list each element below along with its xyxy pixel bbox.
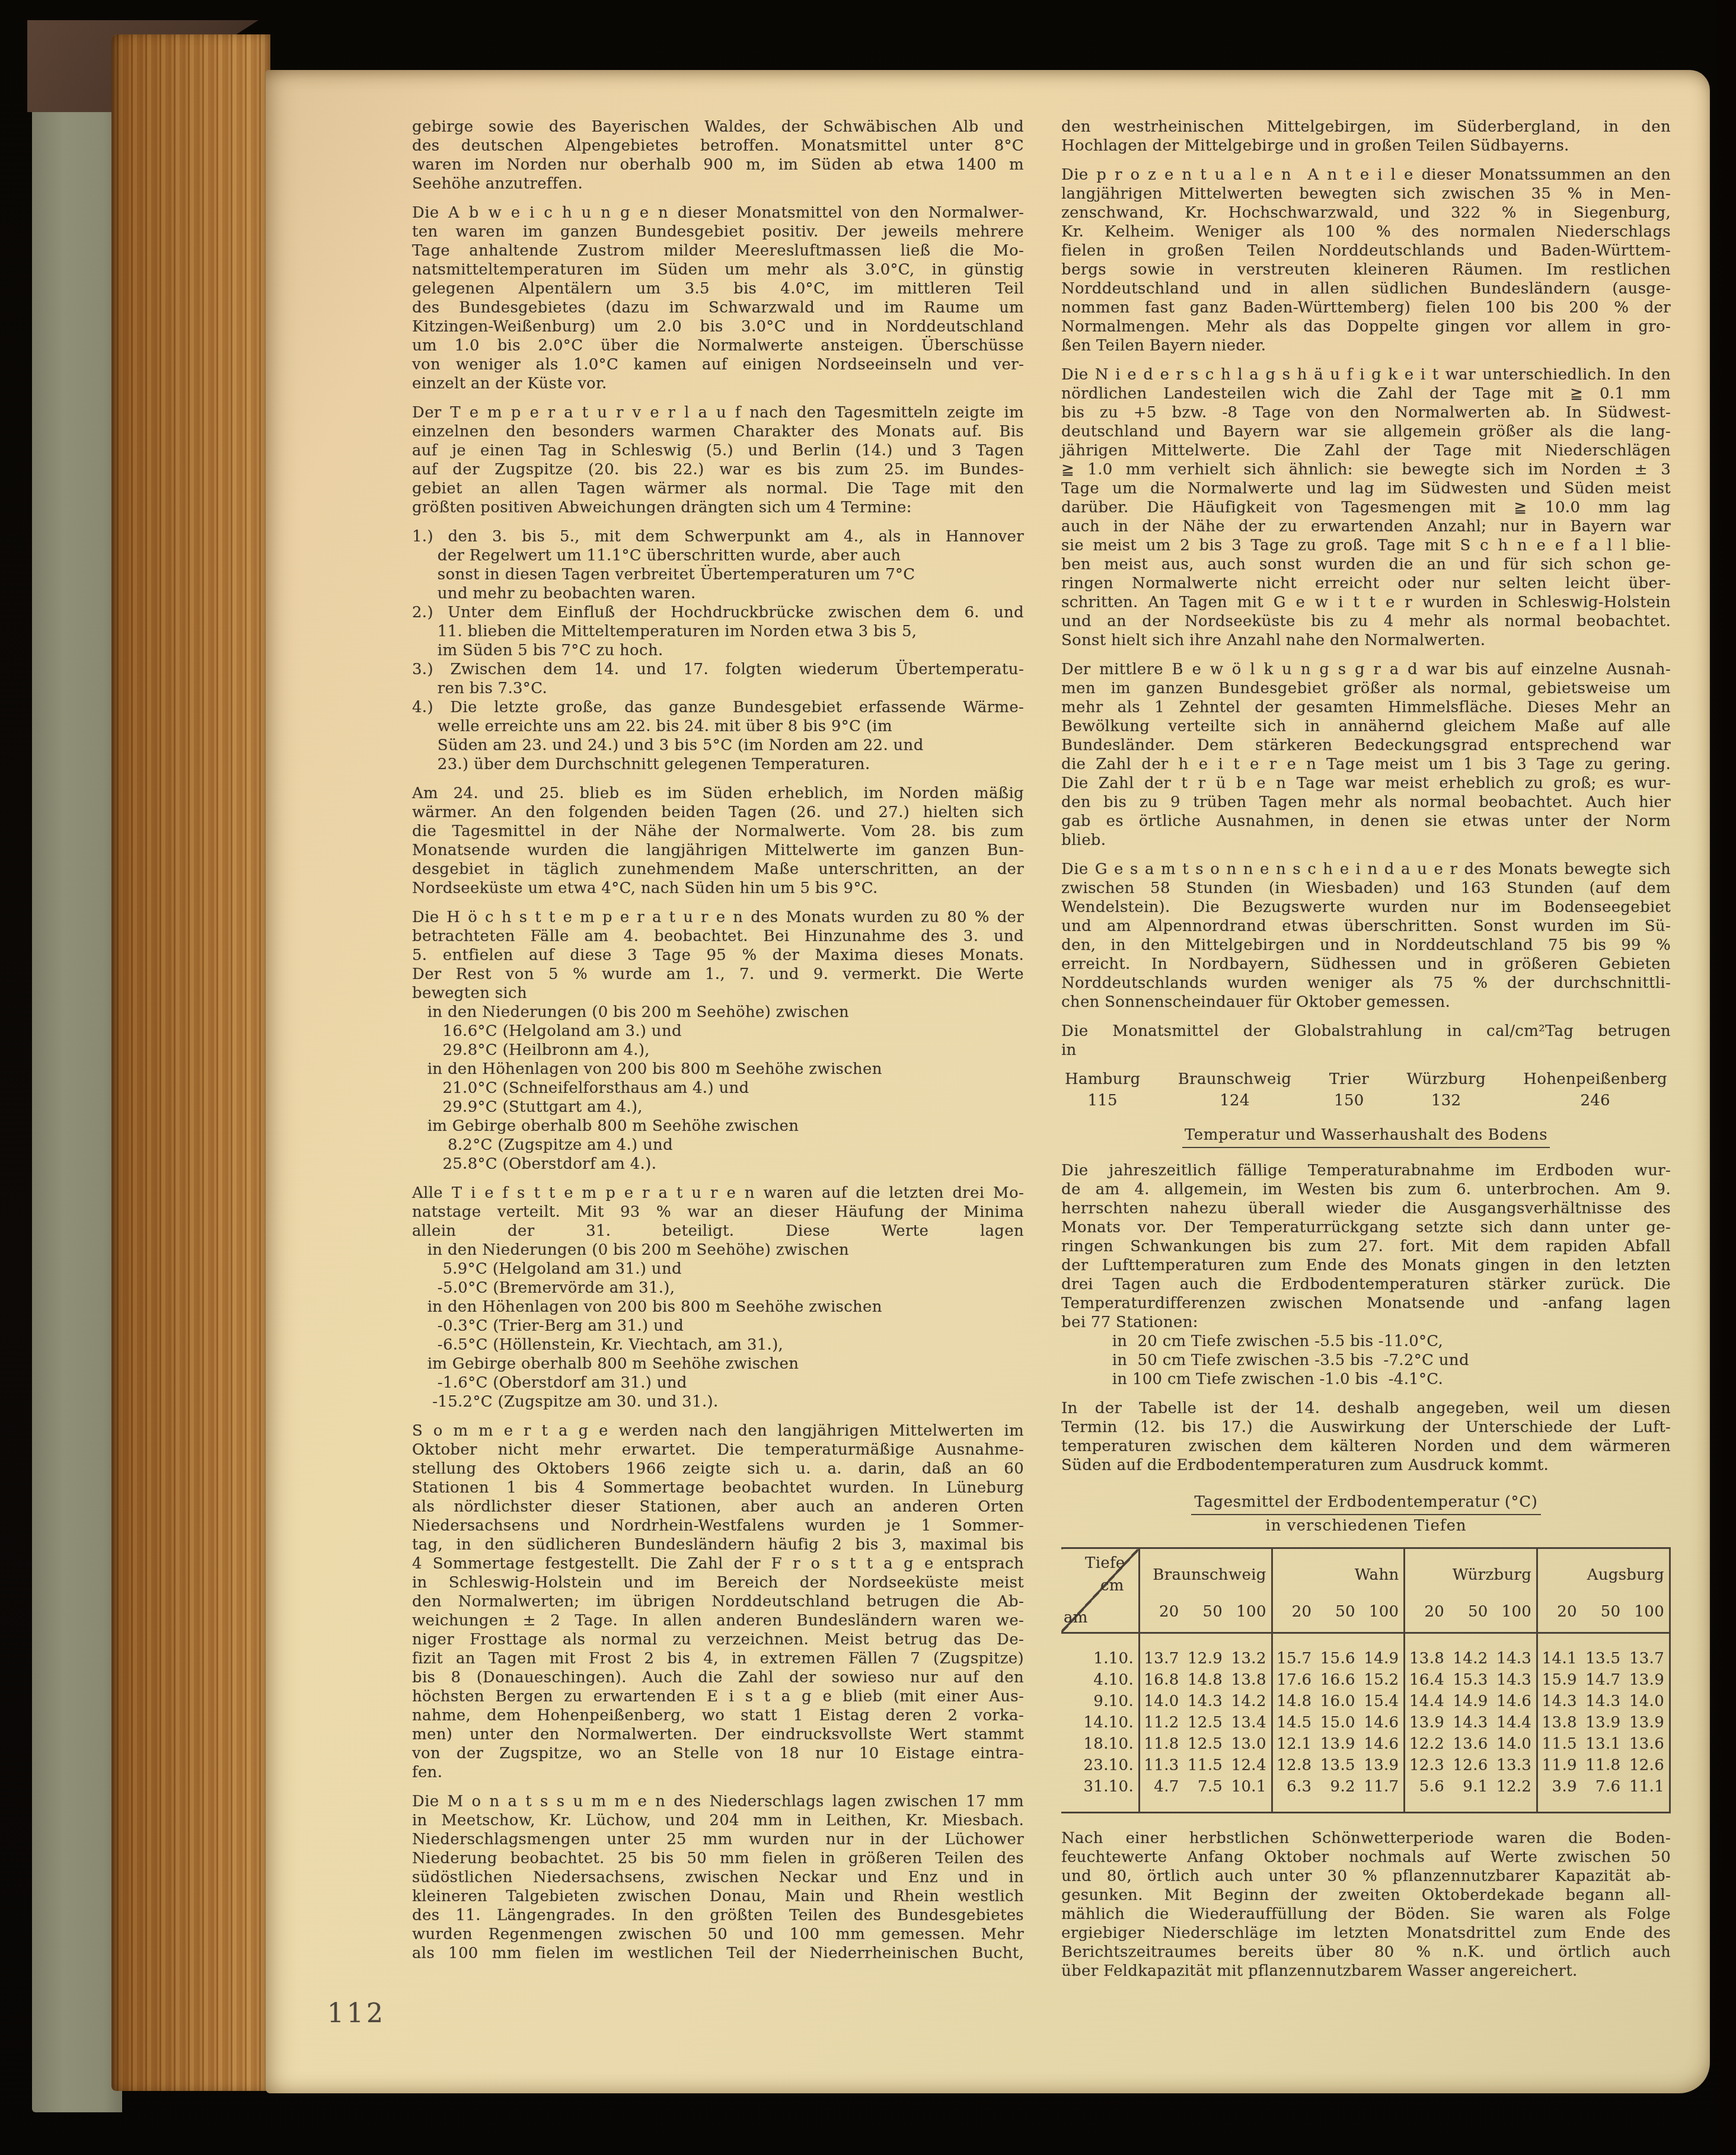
text-line: chen Sonnenscheindauer für Oktober gemes… bbox=[1061, 993, 1671, 1012]
temperature-value: 14.4 bbox=[1493, 1712, 1537, 1733]
text-line: Süden auf die Erdbodentemperaturen zum A… bbox=[1061, 1456, 1671, 1475]
temperature-value: 14.2 bbox=[1449, 1633, 1493, 1670]
paragraph: gebirge sowie des Bayerischen Waldes, de… bbox=[412, 117, 1024, 193]
temperature-value: 15.9 bbox=[1537, 1669, 1582, 1691]
table-row: 14.10.11.212.513.414.515.014.613.914.314… bbox=[1061, 1712, 1670, 1733]
text-line: Die Monatsmittel der Globalstrahlung in … bbox=[1061, 1022, 1671, 1041]
temperature-value: 14.3 bbox=[1582, 1691, 1626, 1712]
text-line: 4.) Die letzte große, das ganze Bundesge… bbox=[412, 698, 1024, 717]
temperature-value: 12.5 bbox=[1184, 1712, 1228, 1733]
text-line: S o m m e r t a g e werden nach den lang… bbox=[412, 1421, 1024, 1440]
temperature-value: 13.2 bbox=[1227, 1633, 1272, 1670]
text-line: men im ganzen Bundesgebiet größer als no… bbox=[1061, 679, 1671, 698]
corner-label-tiefe: Tiefe bbox=[1085, 1554, 1125, 1573]
text-line: 8.2°C (Zugspitze am 4.) und bbox=[412, 1136, 1024, 1155]
radiation-station: Hamburg115 bbox=[1065, 1070, 1140, 1110]
text-line: den bis zu 9 trüben Tagen mehr als norma… bbox=[1061, 793, 1671, 812]
temperature-value: 13.8 bbox=[1405, 1633, 1449, 1670]
text-line: Die N i e d e r s c h l a g s h ä u f i … bbox=[1061, 365, 1671, 384]
text-line: als nördlichster dieser Stationen, aber … bbox=[412, 1497, 1024, 1516]
text-line: Die jahreszeitlich fällige Temperaturabn… bbox=[1061, 1161, 1671, 1180]
text-line: gebiet an allen Tagen wärmer als normal.… bbox=[412, 479, 1024, 498]
text-line: Die p r o z e n t u a l e n A n t e i l … bbox=[1061, 165, 1671, 184]
temperature-value: 15.7 bbox=[1272, 1633, 1316, 1670]
scan-right-edge bbox=[1709, 0, 1736, 2155]
text-line: feuchtewerte Anfang Oktober nochmals auf… bbox=[1061, 1848, 1671, 1867]
text-line: waren im Norden nur oberhalb 900 m, im S… bbox=[412, 155, 1024, 174]
text-line: Niederschlagsmengen unter 25 mm wurden n… bbox=[412, 1830, 1024, 1849]
text-line: ten waren im ganzen Bundesgebiet positiv… bbox=[412, 222, 1024, 241]
text-line: blieb. bbox=[1061, 831, 1671, 850]
text-line: auch in der Nähe der zu erwartenden Anza… bbox=[1061, 517, 1671, 536]
text-line: allein der 31. beteiligt. Diese Werte la… bbox=[412, 1222, 1024, 1241]
text-line: mählich die Wiederauffüllung der Böden. … bbox=[1061, 1905, 1671, 1924]
text-line: Der Rest von 5 % wurde am 1., 7. und 9. … bbox=[412, 965, 1024, 984]
text-line: 11. blieben die Mitteltemperaturen im No… bbox=[412, 622, 1024, 641]
temperature-value: 13.9 bbox=[1625, 1669, 1670, 1691]
text-line: 29.8°C (Heilbronn am 4.), bbox=[412, 1041, 1024, 1060]
text-line: größten positiven Abweichungen drängten … bbox=[412, 498, 1024, 517]
page-number: 112 bbox=[327, 1998, 386, 2029]
text-line: den Normalwerten; im übrigen Norddeutsch… bbox=[412, 1592, 1024, 1611]
table-row: 18.10.11.812.513.012.113.914.612.213.614… bbox=[1061, 1733, 1670, 1755]
temperature-value: 11.5 bbox=[1537, 1733, 1582, 1755]
text-line: Monats vor. Der Temperaturrückgang setzt… bbox=[1061, 1218, 1671, 1237]
temperature-value: 13.8 bbox=[1227, 1669, 1272, 1691]
text-line: natstage verteilt. Mit 93 % war an diese… bbox=[412, 1203, 1024, 1222]
text-line: in 20 cm Tiefe zwischen -5.5 bis -11.0°C… bbox=[1061, 1332, 1671, 1351]
text-line: zwischen 58 Stunden (in Wiesbaden) und 1… bbox=[1061, 879, 1671, 898]
text-line: Norddeutschlands wurden weniger als 75 %… bbox=[1061, 974, 1671, 993]
depth-header: 20 bbox=[1537, 1601, 1582, 1633]
text-line: im Süden 5 bis 7°C zu hoch. bbox=[412, 641, 1024, 660]
text-line: Bundesländer. Dem stärkeren Bedeckungsgr… bbox=[1061, 736, 1671, 755]
text-line: bis zu +5 bzw. -8 Tage von den Normalwer… bbox=[1061, 403, 1671, 422]
paragraph: In der Tabelle ist der 14. deshalb angeg… bbox=[1061, 1399, 1671, 1475]
row-date: 23.10. bbox=[1061, 1755, 1140, 1776]
paragraph: Die M o n a t s s u m m e n des Niedersc… bbox=[412, 1792, 1024, 1963]
text-line: und mehr zu beobachten waren. bbox=[412, 584, 1024, 603]
text-line: -6.5°C (Höllenstein, Kr. Viechtach, am 3… bbox=[412, 1335, 1024, 1354]
text-line: Die G e s a m t s o n n e n s c h e i n … bbox=[1061, 860, 1671, 879]
text-line: der Lufttemperaturen zum Ende des Monats… bbox=[1061, 1256, 1671, 1275]
table-title: Tagesmittel der Erdbodentemperatur (°C) bbox=[1079, 1493, 1653, 1512]
text-line: Norddeutschland und in allen südlichen B… bbox=[1061, 279, 1671, 298]
text-line: ben meist aus, auch sonst wurden die an … bbox=[1061, 555, 1671, 574]
text-line: men) unter den Normalwerten. Der eindruc… bbox=[412, 1725, 1024, 1744]
text-line: Nordseeküste um etwa 4°C, nach Süden hin… bbox=[412, 879, 1024, 898]
text-line: desgebiet in täglich zunehmendem Maße un… bbox=[412, 860, 1024, 879]
paragraph: Die jahreszeitlich fällige Temperaturabn… bbox=[1061, 1161, 1671, 1389]
text-line: temperaturen zwischen dem kälteren Norde… bbox=[1061, 1437, 1671, 1456]
station-name: Hohenpeißenberg bbox=[1523, 1070, 1667, 1089]
temperature-value: 12.9 bbox=[1184, 1633, 1228, 1670]
temperature-value: 13.9 bbox=[1625, 1712, 1670, 1733]
text-line: ringen Normalwerte nicht erreicht oder n… bbox=[1061, 574, 1671, 593]
city-header: Wahn bbox=[1272, 1548, 1405, 1602]
paragraph: Der mittlere B e w ö l k u n g s g r a d… bbox=[1061, 660, 1671, 850]
text-line: in den Höhenlagen von 200 bis 800 m Seeh… bbox=[412, 1298, 1024, 1316]
text-line: in 50 cm Tiefe zwischen -3.5 bis -7.2°C … bbox=[1061, 1351, 1671, 1370]
temperature-value: 14.2 bbox=[1227, 1691, 1272, 1712]
temperature-value: 12.6 bbox=[1625, 1755, 1670, 1776]
paragraph: Alle T i e f s t t e m p e r a t u r e n… bbox=[412, 1184, 1024, 1411]
station-name: Trier bbox=[1329, 1070, 1369, 1089]
depth-header: 50 bbox=[1316, 1601, 1360, 1633]
text-line: tag, in den südlicheren Bundesländern hä… bbox=[412, 1535, 1024, 1554]
text-line: In der Tabelle ist der 14. deshalb angeg… bbox=[1061, 1399, 1671, 1418]
text-line: bergs sowie in verstreuten kleineren Räu… bbox=[1061, 260, 1671, 279]
text-line: zenschwand, Kr. Hochschwarzwald, und 322… bbox=[1061, 203, 1671, 222]
paragraph: 1.) den 3. bis 5., mit dem Schwerpunkt a… bbox=[412, 527, 1024, 603]
text-line: die Tagesmittel in der Nähe der Normalwe… bbox=[412, 822, 1024, 841]
text-line: Kitzingen-Weißenburg) um 2.0 bis 3.0°C u… bbox=[412, 317, 1024, 336]
row-date: 1.10. bbox=[1061, 1633, 1140, 1670]
text-line: und 80, örtlich auch unter 30 % pflanzen… bbox=[1061, 1867, 1671, 1886]
text-line: fielen in großen Teilen Norddeutschlands… bbox=[1061, 241, 1671, 260]
depth-header: 100 bbox=[1227, 1601, 1272, 1633]
text-line: in den Niederungen (0 bis 200 m Seehöhe)… bbox=[412, 1003, 1024, 1022]
soil-temperature-table: TiefecmamBraunschweigWahnWürzburgAugsbur… bbox=[1061, 1547, 1671, 1813]
text-line: mehr als 1 Zehntel der gesamten Himmelsf… bbox=[1061, 698, 1671, 717]
temperature-value: 14.1 bbox=[1537, 1633, 1582, 1670]
temperature-value: 12.4 bbox=[1227, 1755, 1272, 1776]
text-line: den, in den Mittelgebirgen und in Nordde… bbox=[1061, 936, 1671, 955]
depth-header: 50 bbox=[1184, 1601, 1228, 1633]
temperature-value: 16.4 bbox=[1405, 1669, 1449, 1691]
text-line: -15.2°C (Zugspitze am 30. und 31.). bbox=[412, 1392, 1024, 1411]
text-line: schritten. An Tagen mit G e w i t t e r … bbox=[1061, 593, 1671, 612]
temperature-value: 13.9 bbox=[1405, 1712, 1449, 1733]
station-value: 132 bbox=[1407, 1091, 1486, 1110]
text-line: Bewölkung verteilte sich in annähernd gl… bbox=[1061, 717, 1671, 736]
temperature-value: 5.6 bbox=[1405, 1776, 1449, 1813]
text-line: sonst in diesen Tagen verbreitet Übertem… bbox=[412, 565, 1024, 584]
paragraph: Der T e m p e r a t u r v e r l a u f na… bbox=[412, 403, 1024, 517]
text-line: wurden Regenmengen zwischen 50 und 100 m… bbox=[412, 1925, 1024, 1944]
corner-cell: Tiefecmam bbox=[1061, 1548, 1140, 1633]
text-line: des deutschen Alpengebietes betroffen. M… bbox=[412, 136, 1024, 155]
temperature-value: 15.0 bbox=[1316, 1712, 1360, 1733]
station-value: 124 bbox=[1178, 1091, 1291, 1110]
temperature-value: 13.7 bbox=[1140, 1633, 1184, 1670]
text-line: deutschland und Bayern war sie allgemein… bbox=[1061, 422, 1671, 441]
station-value: 115 bbox=[1065, 1091, 1140, 1110]
text-line: auf der Zugspitze (20. bis 22.) war es b… bbox=[412, 460, 1024, 479]
text-line: Süden am 23. und 24.) und 3 bis 5°C (im … bbox=[412, 736, 1024, 755]
text-line: langjährigen Mittelwerten bewegten sich … bbox=[1061, 184, 1671, 203]
temperature-value: 14.4 bbox=[1405, 1691, 1449, 1712]
text-line: Temperaturdifferenzen zwischen Monatsend… bbox=[1061, 1294, 1671, 1313]
temperature-value: 12.8 bbox=[1272, 1755, 1316, 1776]
text-line: gelegenen Alpentälern um 3.5 bis 4.0°C, … bbox=[412, 279, 1024, 298]
text-line: sie meist um 2 bis 3 Tage zu groß. Tage … bbox=[1061, 536, 1671, 555]
text-line: bewegten sich bbox=[412, 984, 1024, 1003]
radiation-station: Trier150 bbox=[1329, 1070, 1369, 1110]
text-line: Die M o n a t s s u m m e n des Niedersc… bbox=[412, 1792, 1024, 1811]
temperature-value: 17.6 bbox=[1272, 1669, 1316, 1691]
temperature-value: 14.3 bbox=[1449, 1712, 1493, 1733]
temperature-value: 7.6 bbox=[1582, 1776, 1626, 1813]
table-title-text: Tagesmittel der Erdbodentemperatur (°C) bbox=[1191, 1493, 1542, 1515]
text-line: Termin (12. bis 17.) die Auswirkung der … bbox=[1061, 1418, 1671, 1437]
depth-header: 50 bbox=[1449, 1601, 1493, 1633]
text-line: niger Frosttage als normal zu verzeichne… bbox=[412, 1630, 1024, 1649]
temperature-value: 14.3 bbox=[1537, 1691, 1582, 1712]
temperature-value: 6.3 bbox=[1272, 1776, 1316, 1813]
city-header: Würzburg bbox=[1405, 1548, 1537, 1602]
text-line: gesunken. Mit Beginn der zweiten Oktober… bbox=[1061, 1886, 1671, 1905]
text-line: Hochlagen der Mittelgebirge und in große… bbox=[1061, 136, 1671, 155]
temperature-value: 12.1 bbox=[1272, 1733, 1316, 1755]
temperature-value: 11.3 bbox=[1140, 1755, 1184, 1776]
depth-header: 100 bbox=[1493, 1601, 1537, 1633]
table-row: 9.10.14.014.314.214.816.015.414.414.914.… bbox=[1061, 1691, 1670, 1712]
text-line: -5.0°C (Bremervörde am 31.), bbox=[412, 1279, 1024, 1298]
text-line: als 100 mm fielen im westlichen Teil der… bbox=[412, 1944, 1024, 1963]
text-line: Oktober nicht mehr erwartet. Die tempera… bbox=[412, 1440, 1024, 1459]
radiation-stations-row: Hamburg115Braunschweig124Trier150Würzbur… bbox=[1065, 1070, 1667, 1110]
temperature-value: 14.8 bbox=[1184, 1669, 1228, 1691]
text-line: bei 77 Stationen: bbox=[1061, 1313, 1671, 1332]
text-line: 16.6°C (Helgoland am 3.) und bbox=[412, 1022, 1024, 1041]
book-cover bbox=[32, 24, 122, 2112]
text-line: um 1.0 bis 2.0°C über die Normalwerte an… bbox=[412, 336, 1024, 355]
text-line: 25.8°C (Oberstdorf am 4.). bbox=[412, 1155, 1024, 1174]
text-line: ßen Teilen Bayern nieder. bbox=[1061, 336, 1671, 355]
temperature-value: 13.9 bbox=[1582, 1712, 1626, 1733]
temperature-value: 14.0 bbox=[1493, 1733, 1537, 1755]
corner-label-cm: cm bbox=[1100, 1576, 1124, 1595]
text-line: von der Zugspitze, wo an Stelle von 18 n… bbox=[412, 1744, 1024, 1763]
temperature-value: 11.2 bbox=[1140, 1712, 1184, 1733]
soil-table-head: TiefecmamBraunschweigWahnWürzburgAugsbur… bbox=[1061, 1548, 1670, 1633]
table-row: 4.10.16.814.813.817.616.615.216.415.314.… bbox=[1061, 1669, 1670, 1691]
temperature-value: 14.5 bbox=[1272, 1712, 1316, 1733]
temperature-value: 14.8 bbox=[1272, 1691, 1316, 1712]
temperature-value: 13.6 bbox=[1625, 1733, 1670, 1755]
text-line: 21.0°C (Schneifelforsthaus am 4.) und bbox=[412, 1079, 1024, 1098]
text-line: und am Alpennordrand etwas überschritten… bbox=[1061, 917, 1671, 936]
text-line: in den Niederungen (0 bis 200 m Seehöhe)… bbox=[412, 1241, 1024, 1260]
paragraph: Die H ö c h s t t e m p e r a t u r e n … bbox=[412, 908, 1024, 1174]
temperature-value: 13.5 bbox=[1582, 1633, 1626, 1670]
text-line: welle erreichte uns am 22. bis 24. mit ü… bbox=[412, 717, 1024, 736]
table-subtitle: in verschiedenen Tiefen bbox=[1061, 1516, 1671, 1535]
radiation-station: Braunschweig124 bbox=[1178, 1070, 1291, 1110]
text-line: im Gebirge oberhalb 800 m Seehöhe zwisch… bbox=[412, 1354, 1024, 1373]
right-text-column: den westrheinischen Mittelgebirgen, im S… bbox=[1061, 117, 1671, 1991]
soil-table-depth-row: 2050100205010020501002050100 bbox=[1061, 1601, 1670, 1633]
paragraph: Am 24. und 25. blieb es im Süden erhebli… bbox=[412, 784, 1024, 898]
station-value: 246 bbox=[1523, 1091, 1667, 1110]
temperature-value: 16.8 bbox=[1140, 1669, 1184, 1691]
text-line: 1.) den 3. bis 5., mit dem Schwerpunkt a… bbox=[412, 527, 1024, 546]
text-line: 23.) über dem Durchschnitt gelegenen Tem… bbox=[412, 755, 1024, 774]
text-line: bis 8 (Donaueschingen). Auch die Zahl de… bbox=[412, 1668, 1024, 1687]
city-header: Braunschweig bbox=[1140, 1548, 1272, 1602]
text-line: ren bis 7.3°C. bbox=[412, 679, 1024, 698]
soil-table-body: 1.10.13.712.913.215.715.614.913.814.214.… bbox=[1061, 1633, 1670, 1813]
text-line: des 11. Längengrades. In den größten Tei… bbox=[412, 1906, 1024, 1925]
temperature-value: 14.6 bbox=[1360, 1712, 1405, 1733]
temperature-value: 11.9 bbox=[1537, 1755, 1582, 1776]
temperature-value: 14.0 bbox=[1625, 1691, 1670, 1712]
temperature-value: 9.1 bbox=[1449, 1776, 1493, 1813]
paragraph: Die A b w e i c h u n g e n dieser Monat… bbox=[412, 203, 1024, 393]
temperature-value: 12.6 bbox=[1449, 1755, 1493, 1776]
temperature-value: 14.3 bbox=[1184, 1691, 1228, 1712]
text-line: Tage anhaltende Zustrom milder Meeresluf… bbox=[412, 241, 1024, 260]
temperature-value: 15.2 bbox=[1360, 1669, 1405, 1691]
book-page: gebirge sowie des Bayerischen Waldes, de… bbox=[266, 70, 1710, 2093]
temperature-value: 12.2 bbox=[1405, 1733, 1449, 1755]
temperature-value: 13.1 bbox=[1582, 1733, 1626, 1755]
temperature-value: 9.2 bbox=[1316, 1776, 1360, 1813]
text-line: über Feldkapazität mit pflanzennutzbarem… bbox=[1061, 1962, 1671, 1981]
corner-label-am: am bbox=[1064, 1608, 1088, 1627]
text-line: die Zahl der h e i t e r e n Tage meist … bbox=[1061, 755, 1671, 774]
temperature-value: 11.8 bbox=[1582, 1755, 1626, 1776]
text-line: Alle T i e f s t t e m p e r a t u r e n… bbox=[412, 1184, 1024, 1203]
text-line: herrschten nahezu überall wieder die Aus… bbox=[1061, 1199, 1671, 1218]
text-line: darüber. Die Häufigkeit von Tagesmengen … bbox=[1061, 498, 1671, 517]
text-line: jährigen Mittelwerte. Die Zahl der Tage … bbox=[1061, 441, 1671, 460]
text-line: höchsten Bergen zu erwartenden E i s t a… bbox=[412, 1687, 1024, 1706]
section-heading: Temperatur und Wasserhaushalt des Bodens bbox=[1085, 1126, 1647, 1147]
left-text-column: gebirge sowie des Bayerischen Waldes, de… bbox=[412, 117, 1024, 1973]
text-line: Kr. Kelheim. Weniger als 100 % des norma… bbox=[1061, 222, 1671, 241]
text-line: -0.3°C (Trier-Berg am 31.) und bbox=[412, 1316, 1024, 1335]
depth-header: 100 bbox=[1625, 1601, 1670, 1633]
station-value: 150 bbox=[1329, 1091, 1369, 1110]
row-date: 18.10. bbox=[1061, 1733, 1140, 1755]
temperature-value: 14.7 bbox=[1582, 1669, 1626, 1691]
text-line: 5. entfielen auf diese 3 Tage 95 % der M… bbox=[412, 946, 1024, 965]
station-name: Braunschweig bbox=[1178, 1070, 1291, 1089]
text-line: einzelt an der Küste vor. bbox=[412, 374, 1024, 393]
text-line: 2.) Unter dem Einfluß der Hochdruckbrück… bbox=[412, 603, 1024, 622]
text-line: erreicht. In Nordbayern, Südhessen und i… bbox=[1061, 955, 1671, 974]
temperature-value: 13.8 bbox=[1537, 1712, 1582, 1733]
temperature-value: 16.0 bbox=[1316, 1691, 1360, 1712]
temperature-value: 13.5 bbox=[1316, 1755, 1360, 1776]
text-line: nommen fast ganz Baden-Württemberg) fiel… bbox=[1061, 298, 1671, 317]
temperature-value: 15.4 bbox=[1360, 1691, 1405, 1712]
depth-header: 20 bbox=[1405, 1601, 1449, 1633]
station-name: Hamburg bbox=[1065, 1070, 1140, 1089]
text-line: gab es örtliche Ausnahmen, in denen sie … bbox=[1061, 812, 1671, 831]
temperature-value: 14.3 bbox=[1493, 1669, 1537, 1691]
depth-header: 50 bbox=[1582, 1601, 1626, 1633]
temperature-value: 11.8 bbox=[1140, 1733, 1184, 1755]
text-line: Wendelstein). Die Bezugswerte wurden nur… bbox=[1061, 898, 1671, 917]
text-line: 29.9°C (Stuttgart am 4.), bbox=[412, 1098, 1024, 1117]
text-line: und an der Nordseeküste bis zu 4 mehr al… bbox=[1061, 612, 1671, 631]
text-line: fen. bbox=[412, 1763, 1024, 1782]
text-line: kleineren Talgebieten zwischen Donau, Ma… bbox=[412, 1887, 1024, 1906]
temperature-value: 13.0 bbox=[1227, 1733, 1272, 1755]
text-line: Seehöhe anzutreffen. bbox=[412, 174, 1024, 193]
text-line: Die Zahl der t r ü b e n Tage war meist … bbox=[1061, 774, 1671, 793]
temperature-value: 4.7 bbox=[1140, 1776, 1184, 1813]
text-line: Sonst hielt sich ihre Anzahl nahe den No… bbox=[1061, 631, 1671, 650]
temperature-value: 13.9 bbox=[1316, 1733, 1360, 1755]
text-line: wärmer. An den folgenden beiden Tagen (2… bbox=[412, 803, 1024, 822]
text-line: der Regelwert um 11.1°C überschritten wu… bbox=[412, 546, 1024, 565]
text-line: den westrheinischen Mittelgebirgen, im S… bbox=[1061, 117, 1671, 136]
city-header: Augsburg bbox=[1537, 1548, 1670, 1602]
text-line: 3.) Zwischen dem 14. und 17. folgten wie… bbox=[412, 660, 1024, 679]
temperature-value: 3.9 bbox=[1537, 1776, 1582, 1813]
temperature-value: 13.4 bbox=[1227, 1712, 1272, 1733]
text-line: nahme, dem Hohenpeißenberg, wo statt 1 E… bbox=[412, 1706, 1024, 1725]
temperature-value: 13.9 bbox=[1360, 1755, 1405, 1776]
text-line: des Bundesgebietes (dazu im Schwarzwald … bbox=[412, 298, 1024, 317]
text-line: in den Höhenlagen von 200 bis 800 m Seeh… bbox=[412, 1060, 1024, 1079]
radiation-station: Würzburg132 bbox=[1407, 1070, 1486, 1110]
table-row: 31.10.4.77.510.16.39.211.75.69.112.23.97… bbox=[1061, 1776, 1670, 1813]
text-line: Niederung beobachtet. 25 bis 50 mm fiele… bbox=[412, 1849, 1024, 1868]
text-line: Die H ö c h s t t e m p e r a t u r e n … bbox=[412, 908, 1024, 927]
soil-table-header-row: TiefecmamBraunschweigWahnWürzburgAugsbur… bbox=[1061, 1548, 1670, 1602]
row-date: 9.10. bbox=[1061, 1691, 1140, 1712]
paragraph: Die N i e d e r s c h l a g s h ä u f i … bbox=[1061, 365, 1671, 650]
text-line: von weniger als 1.0°C kamen auf einigen … bbox=[412, 355, 1024, 374]
paragraph: Die Monatsmittel der Globalstrahlung in … bbox=[1061, 1022, 1671, 1060]
table-row: 23.10.11.311.512.412.813.513.912.312.613… bbox=[1061, 1755, 1670, 1776]
text-line: betrachteten Fälle am 4. beobachtet. Bei… bbox=[412, 927, 1024, 946]
temperature-value: 7.5 bbox=[1184, 1776, 1228, 1813]
text-line: in Meetschow, Kr. Lüchow, und 204 mm in … bbox=[412, 1811, 1024, 1830]
text-line: in Schleswig-Holstein und im Bereich der… bbox=[412, 1573, 1024, 1592]
temperature-value: 11.1 bbox=[1625, 1776, 1670, 1813]
temperature-value: 13.6 bbox=[1449, 1733, 1493, 1755]
temperature-value: 14.9 bbox=[1449, 1691, 1493, 1712]
temperature-value: 12.5 bbox=[1184, 1733, 1228, 1755]
text-line: Niedersachsens und Nordrhein-Westfalens … bbox=[412, 1516, 1024, 1535]
text-line: natsmitteltemperaturen im Süden um mehr … bbox=[412, 260, 1024, 279]
paragraph: Die p r o z e n t u a l e n A n t e i l … bbox=[1061, 165, 1671, 355]
text-line: Monatsende wurden die langjährigen Mitte… bbox=[412, 841, 1024, 860]
temperature-value: 11.7 bbox=[1360, 1776, 1405, 1813]
radiation-station: Hohenpeißenberg246 bbox=[1523, 1070, 1667, 1110]
paragraph: Nach einer herbstlichen Schönwetterperio… bbox=[1061, 1829, 1671, 1981]
temperature-value: 15.3 bbox=[1449, 1669, 1493, 1691]
temperature-value: 12.3 bbox=[1405, 1755, 1449, 1776]
temperature-value: 14.0 bbox=[1140, 1691, 1184, 1712]
temperature-value: 16.6 bbox=[1316, 1669, 1360, 1691]
scan-background: gebirge sowie des Bayerischen Waldes, de… bbox=[0, 0, 1736, 2155]
text-line: südöstlichen Niedersachsens, zwischen Ne… bbox=[412, 1868, 1024, 1887]
temperature-value: 11.5 bbox=[1184, 1755, 1228, 1776]
temperature-value: 12.2 bbox=[1493, 1776, 1537, 1813]
text-line: ≧ 1.0 mm verhielt sich ähnlich: sie bewe… bbox=[1061, 460, 1671, 479]
temperature-value: 10.1 bbox=[1227, 1776, 1272, 1813]
depth-header: 20 bbox=[1140, 1601, 1184, 1633]
text-line: 4 Sommertage festgestellt. Die Zahl der … bbox=[412, 1554, 1024, 1573]
paragraph: 4.) Die letzte große, das ganze Bundesge… bbox=[412, 698, 1024, 774]
paragraph: 2.) Unter dem Einfluß der Hochdruckbrück… bbox=[412, 603, 1024, 660]
text-line: -1.6°C (Oberstdorf am 31.) und bbox=[412, 1373, 1024, 1392]
depth-header: 20 bbox=[1272, 1601, 1316, 1633]
text-line: auf je einen Tag in Schleswig (5.) und B… bbox=[412, 441, 1024, 460]
row-date: 14.10. bbox=[1061, 1712, 1140, 1733]
text-line: Normalmengen. Mehr als das Doppelte ging… bbox=[1061, 317, 1671, 336]
station-name: Würzburg bbox=[1407, 1070, 1486, 1089]
text-line: im Gebirge oberhalb 800 m Seehöhe zwisch… bbox=[412, 1117, 1024, 1136]
temperature-value: 15.6 bbox=[1316, 1633, 1360, 1670]
